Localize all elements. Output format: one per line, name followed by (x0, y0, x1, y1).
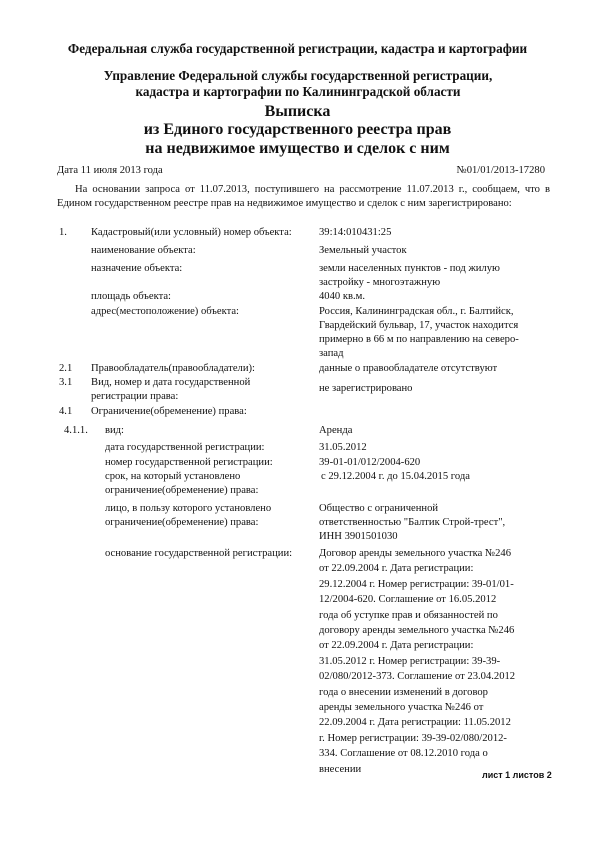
cadastral-value: 39:14:010431:25 (319, 226, 549, 240)
restriction-type-label: вид: (105, 424, 305, 438)
purpose-value: земли населенных пунктов - под жилую зас… (319, 262, 524, 290)
document-subtitle-1: из Единого государственного реестра прав (0, 121, 595, 139)
right-value: не зарегистрировано (319, 382, 549, 396)
area-label: площадь объекта: (91, 290, 301, 304)
term-label: срок, на который установлено ограничение… (105, 470, 280, 498)
item-number: 2.1 (59, 362, 72, 376)
owner-value: данные о правообладателе отсутствуют (319, 362, 549, 376)
reg-date-label: дата государственной регистрации: (105, 441, 305, 455)
page-indicator: лист 1 листов 2 (482, 770, 552, 780)
term-value: с 29.12.2004 г. до 15.04.2015 года (321, 470, 551, 484)
department-name: Управление Федеральной службы государств… (78, 68, 518, 100)
right-label: Вид, номер и дата государственной регист… (91, 376, 271, 404)
beneficiary-label: лицо, в пользу которого установлено огра… (105, 502, 285, 530)
area-value: 4040 кв.м. (319, 290, 549, 304)
document-title: Выписка (0, 102, 595, 121)
restriction-label: Ограничение(обременение) права: (91, 405, 301, 419)
reg-date-value: 31.05.2012 (319, 441, 549, 455)
reg-number-value: 39-01-01/012/2004-620 (319, 456, 549, 470)
basis-label: основание государственной регистрации: (105, 546, 315, 561)
address-label: адрес(местоположение) объекта: (91, 305, 301, 319)
item-number: 4.1 (59, 405, 72, 419)
document-date: Дата 11 июля 2013 года (57, 164, 163, 178)
item-number: 1. (59, 226, 67, 240)
address-value: Россия, Калининградская обл., г. Балтийс… (319, 305, 529, 361)
item-number: 3.1 (59, 376, 72, 390)
sub-item-number: 4.1.1. (64, 424, 88, 438)
intro-paragraph: На основании запроса от 11.07.2013, пост… (57, 183, 550, 212)
beneficiary-value: Общество с ограниченной ответственностью… (319, 502, 519, 544)
reg-number-label: номер государственной регистрации: (105, 456, 305, 470)
purpose-label: назначение объекта: (91, 262, 301, 276)
agency-name: Федеральная служба государственной регис… (0, 41, 595, 57)
object-name-label: наименование объекта: (91, 244, 301, 258)
object-name-value: Земельный участок (319, 244, 549, 258)
basis-value: Договор аренды земельного участка №246 о… (319, 546, 517, 777)
owner-label: Правообладатель(правообладатели): (91, 362, 301, 376)
document-subtitle-2: на недвижимое имущество и сделок с ним (0, 140, 595, 158)
restriction-type-value: Аренда (319, 424, 549, 438)
document-number: №01/01/2013-17280 (457, 164, 545, 178)
cadastral-label: Кадастровый(или условный) номер объекта: (91, 226, 301, 240)
